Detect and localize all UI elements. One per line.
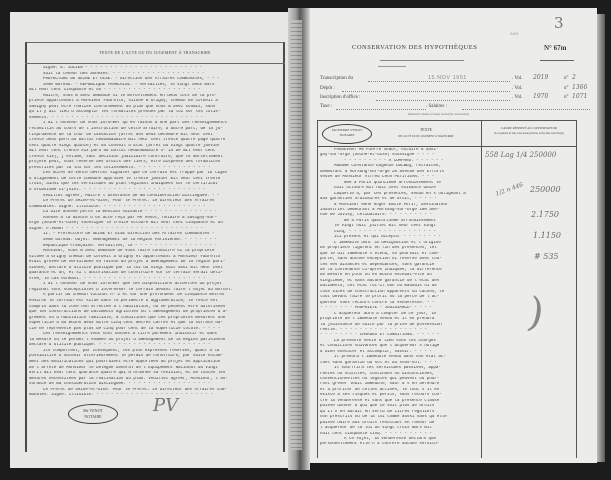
notary-signature: PV (153, 395, 178, 416)
margin-amount-4: # 535 (534, 252, 559, 261)
text-line: personnellement elle n'a conféré aucune … (320, 442, 486, 447)
folio-number: 3 (554, 14, 564, 32)
conservator-margin-header: CADRE RÉSERVÉ AU CONSERVATEUR (Le requér… (483, 126, 575, 136)
box-header-rule (317, 146, 577, 147)
margin-fee-header: 558 Lag 1/4 250000 (485, 151, 556, 159)
margin-amount-2: 2.1750 (531, 210, 559, 219)
number-rule (540, 60, 574, 61)
transcription-date-stamp: 15 NOV 1951 (428, 75, 467, 81)
margin-amount-1: 250000 (530, 185, 561, 194)
adjacent-page-strip (291, 20, 302, 450)
title-rule-short (378, 66, 406, 67)
form-number: N° 67m (544, 44, 566, 52)
notary-stamp-right: Me PIERRE VENOT NOTAIRE (322, 124, 372, 144)
register-row-inscription: Inscription d'office : . Vol. 1970 n° 10… (320, 95, 592, 103)
right-page-text: PARDEVANT Me Pierre VENOT, notaire à Sav… (320, 148, 486, 458)
register-row-depot: Dépôt : . Vol. n° 1366 (320, 86, 592, 94)
margin-amount-3: 1.1150 (533, 231, 561, 240)
register-row-taxe: Taxe : . Salaires : (320, 104, 592, 112)
left-page-header: TEXTE DE L'ACTE OU DU JUGEMENT À TRANSCR… (25, 42, 285, 64)
left-page-text: Signé: E. JULIEN - - - - - - - - - - - -… (29, 66, 283, 396)
texte-header: TEXTE DE L'ACTE OU DU JUGEMENT À TRANSCR… (376, 128, 476, 138)
notary-stamp-left: Me VENOT NOTAIRE (68, 404, 118, 424)
title-rule (380, 60, 464, 61)
page-title: CONSERVATION DES HYPOTHÈQUES (352, 44, 477, 51)
page-edges (597, 14, 605, 462)
small-note: 0456 (510, 33, 518, 37)
register-row-transcription: Transcription du 15 NOV 1951 . Vol. 2019… (320, 76, 592, 84)
salaires-note: (Indication relative à l'usage exclusif … (408, 113, 469, 116)
